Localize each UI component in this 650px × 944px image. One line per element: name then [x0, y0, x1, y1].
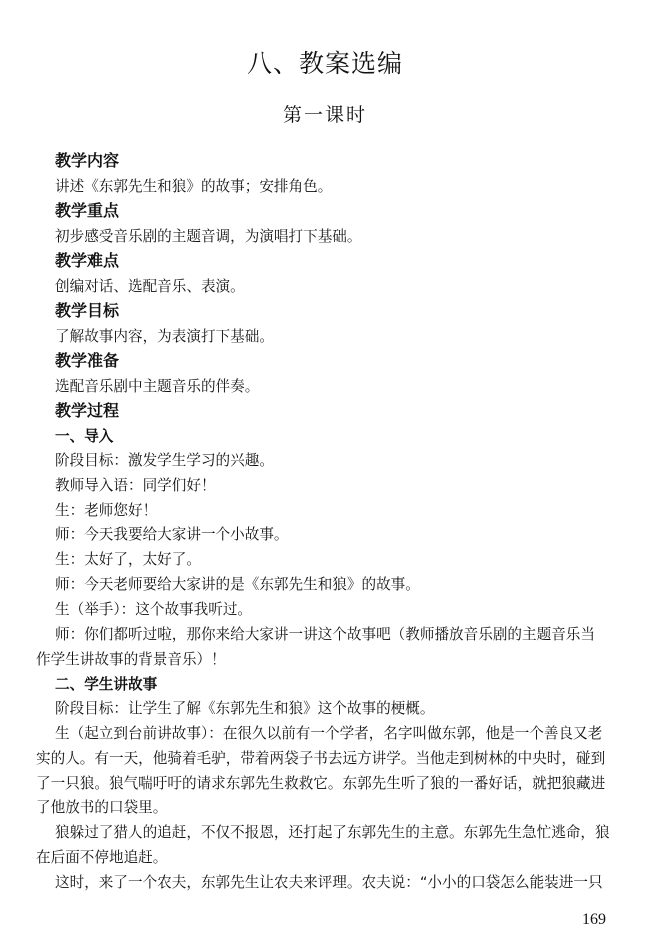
prep-text: 选配音乐剧中主题音乐的伴奏。 [55, 378, 259, 396]
paragraph-line: 了他放书的口袋里。 [36, 799, 167, 817]
heading-prep: 教学准备 [55, 352, 119, 370]
page-number: 169 [582, 911, 606, 929]
paragraph-line: 生：老师您好！ [55, 502, 157, 520]
paragraph-line: 实的人。有一天，他骑着毛驴，带着两袋子书去远方讲学。当他走到树林的中央时，碰到 [36, 750, 605, 768]
part2-heading: 二、学生讲故事 [55, 676, 157, 694]
paragraph-line: 狼躲过了猎人的追赶，不仅不报恩，还打起了东郭先生的主意。东郭先生急忙逃命，狼 [55, 824, 610, 842]
paragraph-line: 作学生讲故事的背景音乐）！ [36, 651, 226, 669]
heading-content: 教学内容 [55, 152, 119, 170]
paragraph-line: 师：今天我要给大家讲一个小故事。 [55, 526, 289, 544]
paragraph-line: 师：你们都听过啦，那你来给大家讲一讲这个故事吧（教师播放音乐剧的主题音乐当 [55, 626, 595, 644]
content-text: 讲述《东郭先生和狼》的故事；安排角色。 [55, 178, 332, 196]
paragraph-line: 了一只狼。狼气喘吁吁的请求东郭先生救救它。东郭先生听了狼的一番好话，就把狼藏进 [36, 775, 605, 793]
heading-difficulty: 教学难点 [55, 252, 119, 270]
difficulty-text: 创编对话、选配音乐、表演。 [55, 278, 245, 296]
focus-text: 初步感受音乐剧的主题音调，为演唱打下基础。 [55, 228, 361, 246]
paragraph-line: 教师导入语：同学们好！ [55, 477, 216, 495]
paragraph-line: 生（举手）：这个故事我听过。 [55, 601, 252, 619]
paragraph-line: 生：太好了，太好了。 [55, 551, 201, 569]
heading-goal: 教学目标 [55, 302, 119, 320]
paragraph-line: 这时，来了一个农夫，东郭先生让农夫来评理。农夫说：“小小的口袋怎么能装进一只 [55, 874, 603, 892]
heading-focus: 教学重点 [55, 202, 119, 220]
document-page: 八、教案选编 第一课时 教学内容 讲述《东郭先生和狼》的故事；安排角色。 教学重… [0, 0, 650, 944]
paragraph-line: 师：今天老师要给大家讲的是《东郭先生和狼》的故事。 [55, 576, 420, 594]
heading-process: 教学过程 [55, 402, 119, 420]
lesson-title: 第一课时 [0, 100, 650, 127]
chapter-title: 八、教案选编 [0, 44, 650, 80]
paragraph-line: 阶段目标：让学生了解《东郭先生和狼》这个故事的梗概。 [55, 700, 434, 718]
paragraph-line: 生（起立到台前讲故事）：在很久以前有一个学者，名字叫做东郭，他是一个善良又老 [55, 725, 602, 743]
part1-heading: 一、导入 [55, 428, 113, 446]
goal-text: 了解故事内容，为表演打下基础。 [55, 328, 274, 346]
paragraph-line: 阶段目标：激发学生学习的兴趣。 [55, 452, 274, 470]
paragraph-line: 在后面不停地追赶。 [36, 849, 167, 867]
